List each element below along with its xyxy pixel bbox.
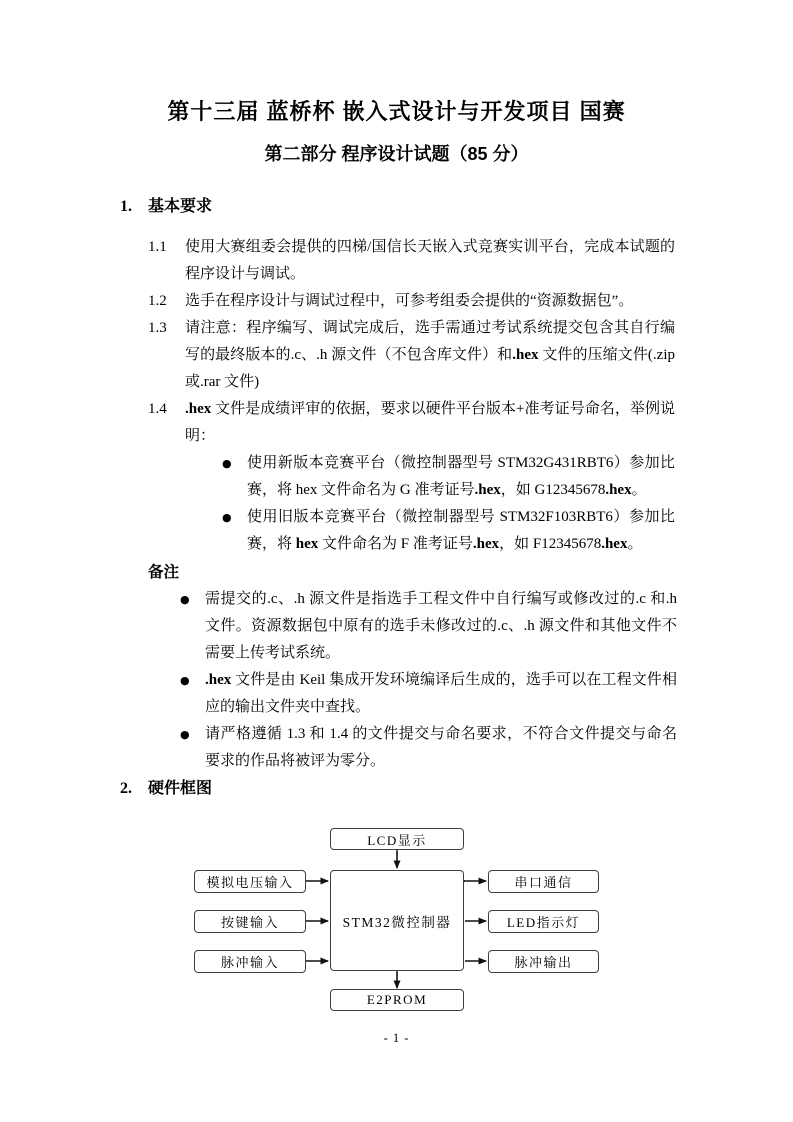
page-number: - 1 -: [0, 1031, 793, 1046]
document-title: 第十三届 蓝桥杯 嵌入式设计与开发项目 国赛: [0, 98, 793, 126]
section-2-title: 硬件框图: [148, 780, 212, 797]
bullet-icon: ●: [180, 586, 205, 667]
document-subtitle: 第二部分 程序设计试题（85 分）: [0, 142, 793, 166]
bullet-icon: ●: [222, 504, 247, 558]
requirement-item-1-2: 1.2 选手在程序设计与调试过程中，可参考组委会提供的“资源数据包”。: [148, 288, 675, 315]
note-text: .hex 文件是由 Keil 集成开发环境编译后生成的，选手可以在工程文件相应的…: [205, 667, 677, 721]
diagram-box-mcu: STM32微控制器: [330, 870, 464, 971]
diagram-box-pulse-input: 脉冲输入: [194, 950, 306, 973]
section-2-number: 2.: [120, 778, 148, 800]
item-number: 1.4: [148, 396, 185, 450]
diagram-box-analog-input: 模拟电压输入: [194, 870, 306, 893]
item-number: 1.3: [148, 315, 185, 396]
bullet-icon: ●: [222, 450, 247, 504]
bullet-icon: ●: [180, 721, 205, 775]
section-2-heading: 2.硬件框图: [120, 778, 793, 800]
diagram-box-e2prom: E2PROM: [330, 989, 464, 1011]
bullet-icon: ●: [180, 667, 205, 721]
item-number: 1.2: [148, 288, 185, 315]
item-text: .hex 文件是成绩评审的依据，要求以硬件平台版本+准考证号命名，举例说明：: [185, 396, 675, 450]
item-number: 1.1: [148, 234, 185, 288]
note-text: 需提交的.c、.h 源文件是指选手工程文件中自行编写或修改过的.c 和.h 文件…: [205, 586, 677, 667]
item-text: 请注意：程序编写、调试完成后，选手需通过考试系统提交包含其自行编写的最终版本的.…: [185, 315, 675, 396]
diagram-box-serial: 串口通信: [488, 870, 599, 893]
requirement-item-1-3: 1.3 请注意：程序编写、调试完成后，选手需通过考试系统提交包含其自行编写的最终…: [148, 315, 675, 396]
diagram-box-key-input: 按键输入: [194, 910, 306, 933]
note-bullet-zero-score: ● 请严格遵循 1.3 和 1.4 的文件提交与命名要求，不符合文件提交与命名要…: [180, 721, 677, 775]
requirement-item-1-1: 1.1 使用大赛组委会提供的四梯/国信长天嵌入式竞赛实训平台，完成本试题的程序设…: [148, 234, 675, 288]
note-bullet-hex-keil: ● .hex 文件是由 Keil 集成开发环境编译后生成的，选手可以在工程文件相…: [180, 667, 677, 721]
item-text: 选手在程序设计与调试过程中，可参考组委会提供的“资源数据包”。: [185, 288, 675, 315]
item-text: 使用大赛组委会提供的四梯/国信长天嵌入式竞赛实训平台，完成本试题的程序设计与调试…: [185, 234, 675, 288]
hardware-block-diagram: LCD显示 STM32微控制器 E2PROM 模拟电压输入 按键输入 脉冲输入 …: [0, 820, 793, 1020]
example-bullet-old-platform: ● 使用旧版本竞赛平台（微控制器型号 STM32F103RBT6）参加比赛，将 …: [222, 504, 675, 558]
example-bullet-new-platform: ● 使用新版本竞赛平台（微控制器型号 STM32G431RBT6）参加比赛，将 …: [222, 450, 675, 504]
bullet-text: 使用新版本竞赛平台（微控制器型号 STM32G431RBT6）参加比赛，将 he…: [247, 450, 675, 504]
section-1-heading: 1.基本要求: [120, 196, 793, 218]
note-bullet-source-files: ● 需提交的.c、.h 源文件是指选手工程文件中自行编写或修改过的.c 和.h …: [180, 586, 677, 667]
diagram-box-led: LED指示灯: [488, 910, 599, 933]
bullet-text: 使用旧版本竞赛平台（微控制器型号 STM32F103RBT6）参加比赛，将 he…: [247, 504, 675, 558]
document-page: 第十三届 蓝桥杯 嵌入式设计与开发项目 国赛 第二部分 程序设计试题（85 分）…: [0, 0, 793, 1122]
diagram-box-lcd: LCD显示: [330, 828, 464, 850]
diagram-box-pulse-output: 脉冲输出: [488, 950, 599, 973]
notes-heading: 备注: [148, 562, 793, 584]
requirement-item-1-4: 1.4 .hex 文件是成绩评审的依据，要求以硬件平台版本+准考证号命名，举例说…: [148, 396, 675, 450]
note-text: 请严格遵循 1.3 和 1.4 的文件提交与命名要求，不符合文件提交与命名要求的…: [205, 721, 677, 775]
section-1-title: 基本要求: [148, 198, 212, 215]
section-1-number: 1.: [120, 196, 148, 218]
